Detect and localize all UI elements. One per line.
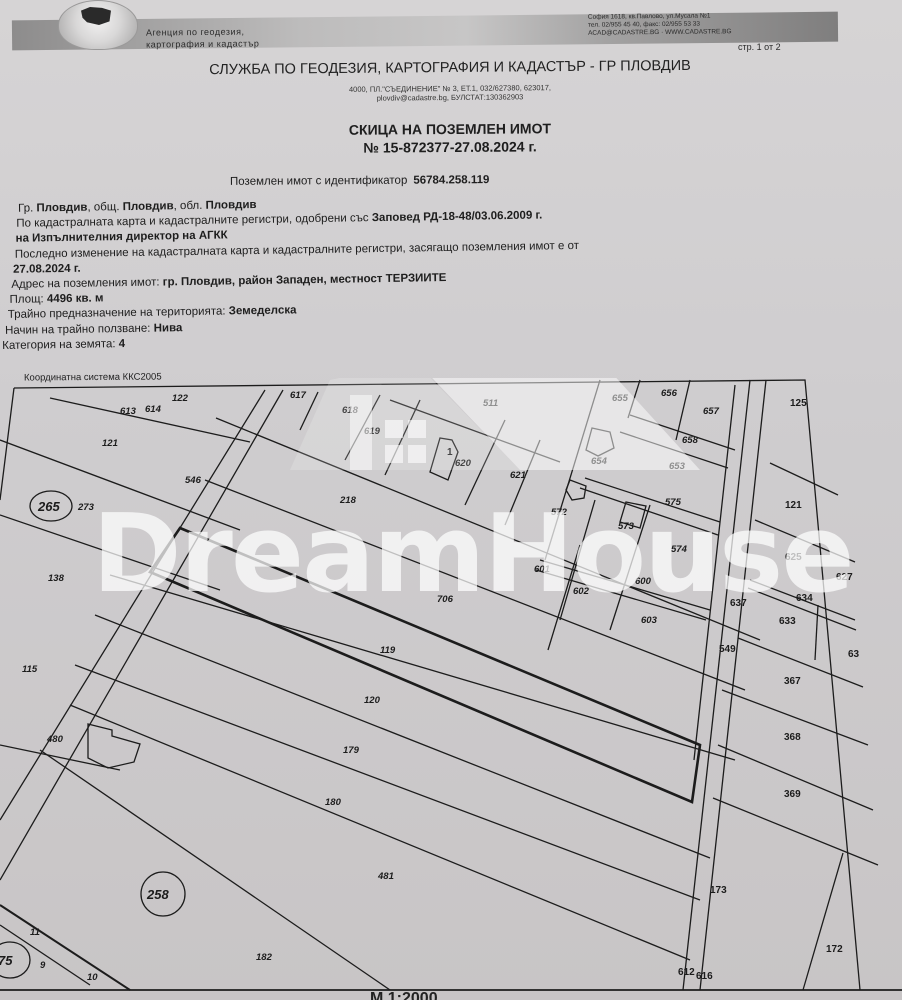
purpose-label: Трайно предназначение на територията: [8, 306, 226, 321]
category-value: 4 [119, 338, 126, 350]
watermark-text: DreamHouse [92, 505, 853, 605]
office-address-line2: plovdiv@cadastre.bg, БУЛСТАТ:130362903 [300, 92, 600, 104]
region-prefix: , обл. [174, 200, 203, 212]
parcel-info: Гр. Пловдив, общ. Пловдив, обл. Пловдив … [0, 188, 882, 354]
area-value: 4496 кв. м [47, 293, 104, 306]
municipality: Пловдив [123, 200, 174, 213]
document-title-block: СКИЦА НА ПОЗЕМЛЕН ИМОТ № 15-872377-27.08… [200, 118, 700, 157]
address-label: Адрес на поземления имот: [11, 277, 159, 291]
usage-value: Нива [154, 322, 183, 334]
office-address: 4000, ПЛ."СЪЕДИНЕНИЕ" № 3, ЕТ.1, 032/627… [300, 83, 600, 104]
address-value: гр. Пловдив, район Западен, местност ТЕР… [163, 272, 447, 288]
parcel-identifier: Поземлен имот с идентификатор56784.258.1… [230, 174, 490, 188]
usage-label: Начин на трайно ползване: [5, 322, 151, 336]
document-number: № 15-872377-27.08.2024 г. [200, 136, 700, 157]
cadastral-map: 265 258 75 12261361412154627313811561761… [0, 378, 902, 1000]
city-prefix: Гр. [18, 202, 33, 214]
contacts-line3: ACAD@CADASTRE.BG · WWW.CADASTRE.BG [588, 28, 732, 38]
identifier-value: 56784.258.119 [413, 174, 489, 187]
area-label: Площ: [9, 294, 43, 307]
approval-by: на Изпълнителния директор на АГКК [15, 230, 227, 245]
agency-contacts: София 1618, кв.Павлово, ул.Мусала №1 тел… [588, 12, 732, 38]
region: Пловдив [205, 199, 256, 212]
city: Пловдив [36, 202, 87, 215]
agency-name-line2: картография и кадастър [146, 37, 259, 50]
municipality-prefix: , общ. [87, 201, 119, 214]
purpose-value: Земеделска [229, 305, 297, 318]
category-label: Категория на земята: [2, 338, 115, 352]
office-title: СЛУЖБА ПО ГЕОДЕЗИЯ, КАРТОГРАФИЯ И КАДАСТ… [110, 57, 790, 79]
map-scale: М 1:2000 [370, 990, 438, 1000]
identifier-label: Поземлен имот с идентификатор [230, 175, 407, 188]
approval-order: Заповед РД-18-48/03.06.2009 г. [372, 210, 543, 225]
cadastral-sketch-page: Агенция по геодезия, картография и кадас… [0, 0, 902, 1000]
page-number: стр. 1 от 2 [738, 42, 781, 52]
watermark-house-icon [0, 378, 902, 1000]
agency-name: Агенция по геодезия, картография и кадас… [146, 25, 260, 50]
last-change-date: 27.08.2024 г. [13, 263, 81, 276]
agency-globe-logo-icon [58, 0, 138, 50]
